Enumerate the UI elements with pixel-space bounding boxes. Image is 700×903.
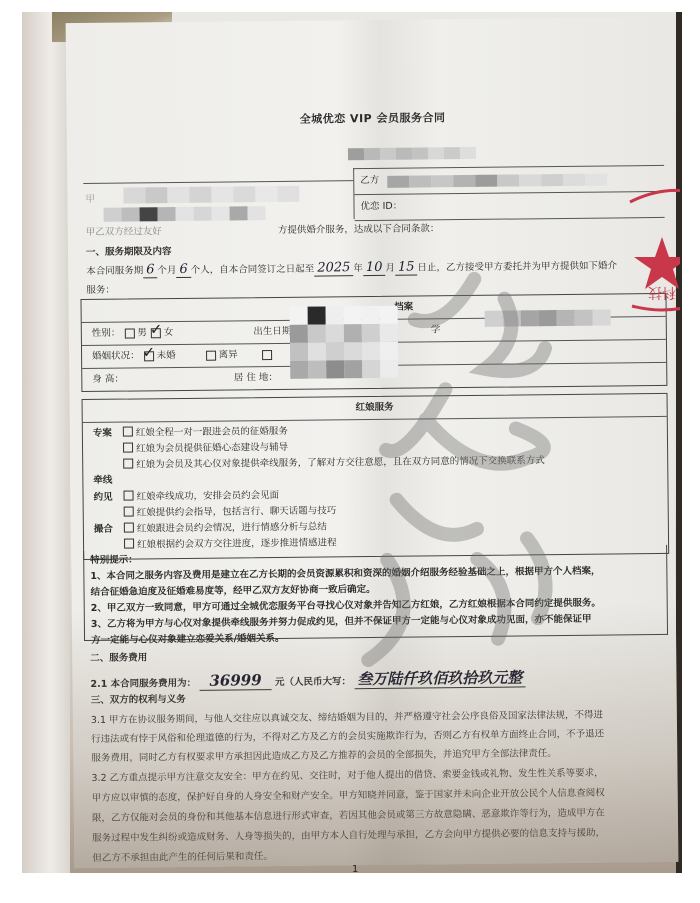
section1-heading: 一、服务期限及内容 <box>86 246 172 259</box>
clause-line: 但乙方不承担由此产生的任何后果和责任。 <box>92 851 273 865</box>
party-a-label: 甲 <box>85 194 95 206</box>
service-checkbox[interactable] <box>124 506 134 516</box>
service-checkbox[interactable] <box>124 522 134 532</box>
term-year-value: 2025 <box>314 260 353 276</box>
marital-single-checkbox[interactable] <box>144 351 154 361</box>
document-photo: 全城优恋 VIP 会员服务合同 甲 乙方 <box>22 12 682 873</box>
service-checkbox[interactable] <box>123 491 133 501</box>
page-stack-edge <box>22 12 70 873</box>
gender-male-checkbox[interactable] <box>124 328 134 338</box>
party-b-row: 乙方 <box>354 166 664 195</box>
fee-line: 2.1 本合同服务费用为： 36999 元（人民币大写： 叁万陆仟玖佰玖拾玖元整 <box>90 668 525 692</box>
service-checkbox[interactable] <box>123 443 133 453</box>
party-a-field: 甲 <box>83 180 353 222</box>
matchmaker-services-table: 红娘服务 专案红娘全程一对一跟进会员的征婚服务 红娘为会员提供征婚心态建设与辅导… <box>82 393 670 560</box>
term-day-value: 15 <box>395 260 418 276</box>
service-checkbox[interactable] <box>123 459 133 469</box>
youlian-id-label: 优恋 ID： <box>360 201 402 214</box>
term-people-value: 6 <box>176 262 190 278</box>
redacted-party-b <box>387 173 607 187</box>
party-b-box: 乙方 优恋 ID： <box>353 165 665 219</box>
redacted-education <box>485 309 611 326</box>
clause-line: 限，乙方仅能对会员的身份和其他基本信息进行形式审查，若因其他会员或第三方故意隐瞒… <box>92 808 605 826</box>
special-notice-box: 特别提示： 1、本合同之服务内容及费用是建立在乙方长期的会员资源累积和资深的婚姻… <box>83 545 668 641</box>
fee-amount: 36999 <box>199 671 271 691</box>
contract-title: 全城优恋 VIP 会员服务合同 <box>83 109 663 129</box>
marital-divorced-checkbox[interactable] <box>206 351 216 361</box>
section3-heading: 三、双方的权利与义务 <box>91 694 186 707</box>
service-category-label: 牵线 <box>93 475 119 488</box>
company-seal-stamp: 科技 <box>622 182 680 312</box>
page-number: 1 <box>352 864 358 873</box>
redacted-profile <box>290 306 399 379</box>
matchmaker-services-list: 专案红娘全程一对一跟进会员的征婚服务 红娘为会员提供征婚心态建设与辅导 红娘为会… <box>83 417 668 559</box>
fee-amount-in-words: 叁万陆仟玖佰玖拾玖元整 <box>354 668 525 689</box>
term-month-value: 10 <box>363 260 386 276</box>
clause-line: 服务过程中发生纠纷或造成财务、人身等损失的，由甲方本人自行处理与承担，乙方会向甲… <box>92 828 605 846</box>
redacted-party-b-top <box>348 147 476 160</box>
service-item: 红娘提供约会指导，包括言行、聊天话题与技巧 <box>94 504 337 520</box>
services-label: 服务： <box>86 285 115 298</box>
service-item: 撮合红娘跟进会员约会情况，进行情感分析与总结 <box>94 520 327 536</box>
redacted-party-a-row2 <box>104 206 266 222</box>
clause-line: 3.2 乙方重点提示甲方注意交友安全：甲方在约见、交往时，对于他人提出的借贷、索… <box>91 768 603 786</box>
service-item: 约见红娘牵线成功，安排会员约会见面 <box>93 489 279 504</box>
clause-line: 服务费用，同时乙方有权要求甲方承担因此造成乙方及乙方推荐的会员的全部损失，并追究… <box>91 748 557 765</box>
stamp-text: 科技 <box>648 284 676 301</box>
service-item: 专案红娘全程一对一跟进会员的征婚服务 <box>93 425 288 440</box>
clause-line: 甲方应以审慎的态度，保护好自身的人身安全和财产安全。甲方知晓并同意，鉴于国家并未… <box>92 788 605 806</box>
service-checkbox[interactable] <box>123 427 133 437</box>
service-item: 红娘为会员提供征婚心态建设与辅导 <box>93 441 288 456</box>
service-item: 红娘为会员及其心仪对象提供牵线服务，了解对方交往意愿，且在双方同意的情况下交换联… <box>93 454 545 472</box>
marital-other-checkbox[interactable] <box>262 350 272 360</box>
gender-female-checkbox[interactable] <box>151 328 161 338</box>
service-checkbox[interactable] <box>124 538 134 548</box>
term-months-value: 6 <box>143 262 157 278</box>
clause-line: 行违法或有悖于风俗和伦理道德的行为，不得对乙方及乙方的会员实施欺诈行为，否则乙方… <box>91 729 604 747</box>
redacted-party-a <box>123 186 299 204</box>
service-term-line: 本合同服务期6个月6个人，自本合同签订之日起至2025年10月15日止，乙方接受… <box>86 257 617 279</box>
section2-heading: 二、服务费用 <box>90 652 147 665</box>
clause-line: 3.1 甲方在协议服务期间，与他人交往应以真诚交友、缔结婚姻为目的，并严格遵守社… <box>91 710 603 728</box>
intro-line: 甲乙双方经过友好 方提供婚介服务，达成以下合同条款： <box>86 223 440 239</box>
contract-page: 全城优恋 VIP 会员服务合同 甲 乙方 <box>66 17 679 868</box>
youlian-id-row: 优恋 ID： <box>354 192 664 221</box>
party-b-label: 乙方 <box>360 175 379 188</box>
